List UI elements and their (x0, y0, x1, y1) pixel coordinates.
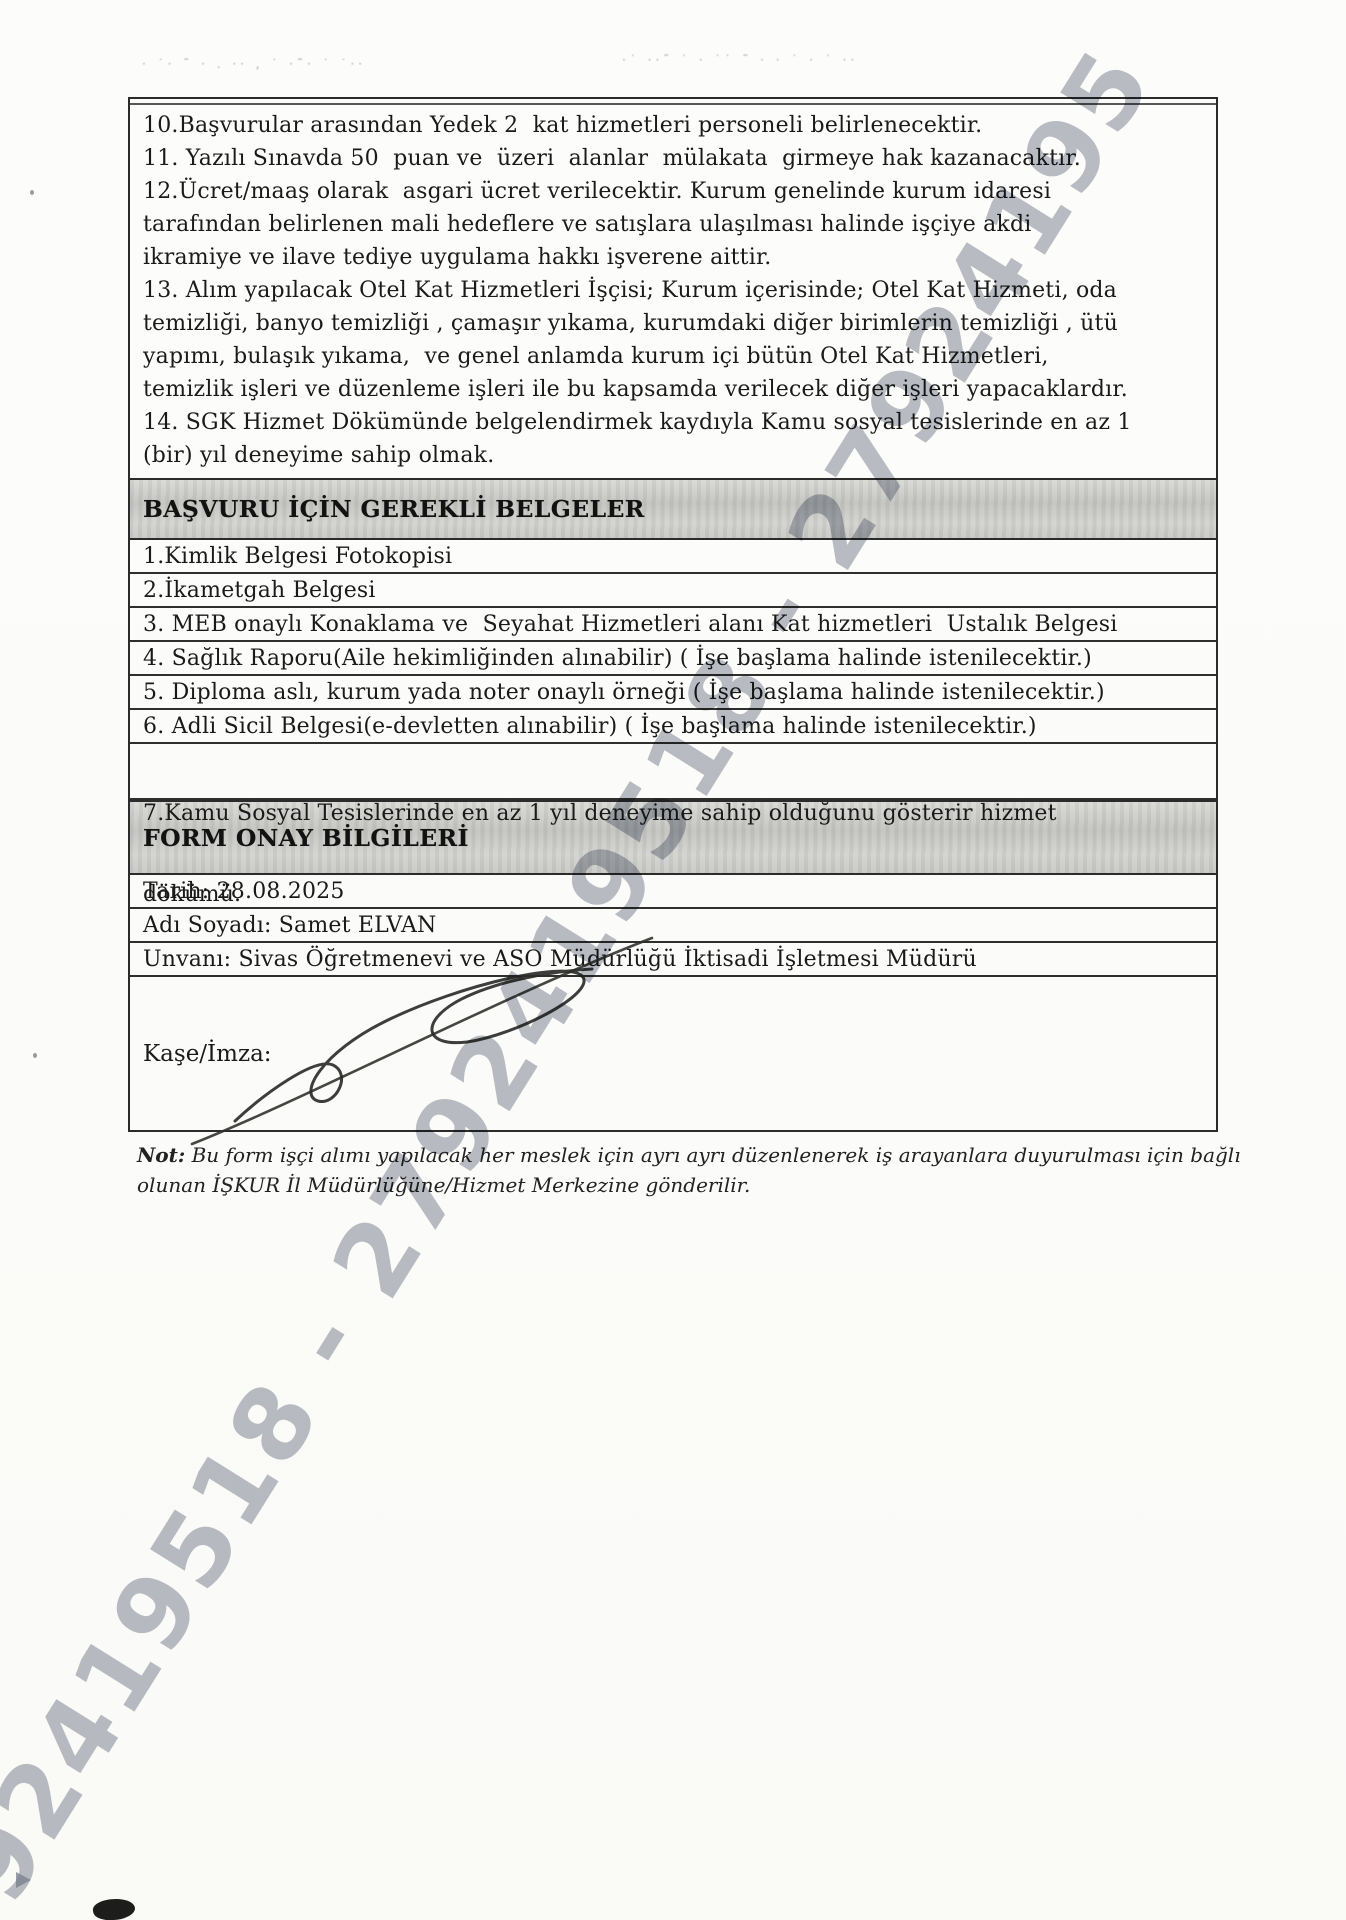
ink-blob (92, 1897, 136, 1920)
required-doc-row-1: 1.Kimlik Belgesi Fotokopisi (130, 540, 1216, 574)
required-documents-header: BAŞVURU İÇİN GEREKLİ BELGELER (130, 478, 1216, 540)
clause-13-line4: temizlik işleri ve düzenleme işleri ile … (143, 373, 1204, 406)
clause-10: 10.Başvurular arasından Yedek 2 kat hizm… (143, 109, 1204, 142)
scan-speck (33, 1053, 37, 1058)
clause-13-line3: yapımı, bulaşık yıkama, ve genel anlamda… (143, 340, 1204, 373)
clause-13-line2: temizliği, banyo temizliği , çamaşır yık… (143, 307, 1204, 340)
required-doc-row-6: 6. Adli Sicil Belgesi(e-devletten alınab… (130, 710, 1216, 744)
clauses-block: 10.Başvurular arasından Yedek 2 kat hizm… (130, 99, 1216, 478)
required-doc-row-4: 4. Sağlık Raporu(Aile hekimliğinden alın… (130, 642, 1216, 676)
required-doc-row-5: 5. Diploma aslı, kurum yada noter onaylı… (130, 676, 1216, 710)
signature (170, 925, 690, 1160)
required-doc-row-3: 3. MEB onaylı Konaklama ve Seyahat Hizme… (130, 608, 1216, 642)
scan-noise-right: ·˙ ··˜ ˙ · ˙˙ ˜ · · ˙ · ˙ ·· (622, 53, 858, 67)
scan-speck (30, 190, 34, 195)
clause-12-line1: 12.Ücret/maaş olarak asgari ücret verile… (143, 175, 1204, 208)
clause-12-line3: ikramiye ve ilave tediye uygulama hakkı … (143, 241, 1204, 274)
approval-row-date: Tarih: 28.08.2025 (130, 875, 1216, 909)
clause-12-line2: tarafından belirlenen mali hedeflere ve … (143, 208, 1204, 241)
edge-mark (16, 1872, 31, 1888)
footnote-line2: olunan İŞKUR İl Müdürlüğüne/Hizmet Merke… (137, 1171, 1297, 1201)
clause-14-line1: 14. SGK Hizmet Dökümünde belgelendirmek … (143, 406, 1204, 439)
scanned-form-page: · ˙· ˜ · . ·· , ˙ ·˜· ˙ ˙·· ·˙ ··˜ ˙ · ˙… (0, 0, 1346, 1920)
required-doc-row-7: 7.Kamu Sosyal Tesislerinde en az 1 yıl d… (130, 744, 1216, 800)
clause-14-line2: (bir) yıl deneyime sahip olmak. (143, 439, 1204, 472)
required-doc-row-2: 2.İkametgah Belgesi (130, 574, 1216, 608)
scan-noise-left: · ˙· ˜ · . ·· , ˙ ·˜· ˙ ˙·· (142, 57, 366, 71)
clause-13-line1: 13. Alım yapılacak Otel Kat Hizmetleri İ… (143, 274, 1204, 307)
clause-11: 11. Yazılı Sınavda 50 puan ve üzeri alan… (143, 142, 1204, 175)
